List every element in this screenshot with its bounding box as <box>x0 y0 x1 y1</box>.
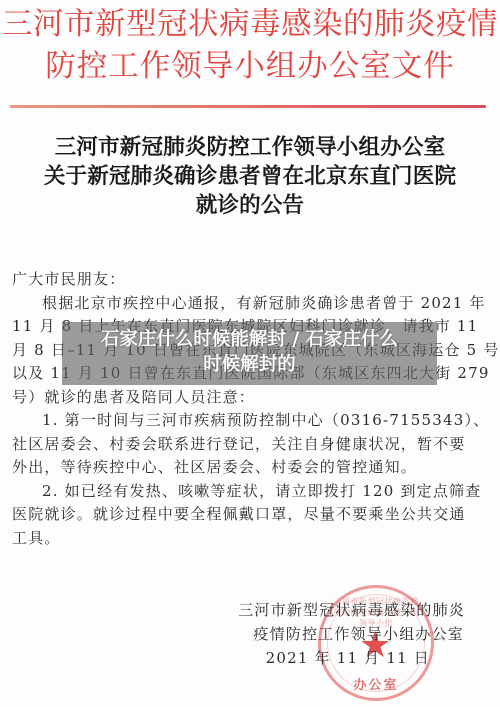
instruction-1-line: 社区居委会、村委会联系进行登记，关注自身健康状况，暂不要 <box>12 433 492 457</box>
caption-line-2: 时候解封的 <box>62 352 437 377</box>
body-line: 号）就诊的患者及陪同人员注意： <box>12 386 492 410</box>
notice-title-line-2: 关于新冠肺炎确诊患者曾在北京东直门医院 <box>0 162 500 191</box>
caption-line-1: 石家庄什么时候能解封 / 石家庄什么 <box>62 327 437 352</box>
instruction-2-line: 工具。 <box>12 527 492 551</box>
body-line: 根据北京市疾控中心通报，有新冠肺炎确诊患者曾于 2021 年 <box>12 292 492 316</box>
signature-line-1: 三河市新型冠状病毒感染的肺炎 <box>0 598 470 622</box>
seal-label: 办公室 <box>321 674 431 693</box>
instruction-2-line: 医院就诊。就诊过程中要全程佩戴口罩，尽量不要乘坐公共交通 <box>12 503 492 527</box>
signature-block: 三河市新型冠状病毒感染的肺炎 疫情防控工作领导小组办公室 2021 年 11 月… <box>0 598 470 670</box>
notice-title: 三河市新冠肺炎防控工作领导小组办公室 关于新冠肺炎确诊患者曾在北京东直门医院 就… <box>0 133 500 220</box>
signature-line-2: 疫情防控工作领导小组办公室 <box>0 622 470 646</box>
document-page: 三河市新型冠状病毒感染的肺炎疫情 防控工作领导小组办公室文件 三河市新冠肺炎防控… <box>0 0 500 707</box>
notice-title-line-1: 三河市新冠肺炎防控工作领导小组办公室 <box>0 133 500 162</box>
instruction-2-line: 2. 如已经有发热、咳嗽等症状，请立即拨打 120 到定点筛查 <box>12 480 492 504</box>
signature-date: 2021 年 11 月 11 日 <box>0 646 470 670</box>
letterhead-line-2: 防控工作领导小组办公室文件 <box>0 46 500 88</box>
letterhead-divider <box>10 105 486 108</box>
notice-title-line-3: 就诊的公告 <box>0 191 500 220</box>
salutation: 广大市民朋友： <box>12 268 492 292</box>
letterhead-line-1: 三河市新型冠状病毒感染的肺炎疫情 <box>0 4 500 46</box>
caption-overlay: 石家庄什么时候能解封 / 石家庄什么 时候解封的 <box>62 322 437 385</box>
instruction-1-line: 外出，等待疾控中心、社区居委会、村委会的管控通知。 <box>12 456 492 480</box>
instruction-1-line: 1. 第一时间与三河市疾病预防控制中心（0316-7155343）、 <box>12 409 492 433</box>
notice-body: 广大市民朋友： 根据北京市疾控中心通报，有新冠肺炎确诊患者曾于 2021 年 1… <box>12 268 492 550</box>
letterhead: 三河市新型冠状病毒感染的肺炎疫情 防控工作领导小组办公室文件 <box>0 4 500 88</box>
